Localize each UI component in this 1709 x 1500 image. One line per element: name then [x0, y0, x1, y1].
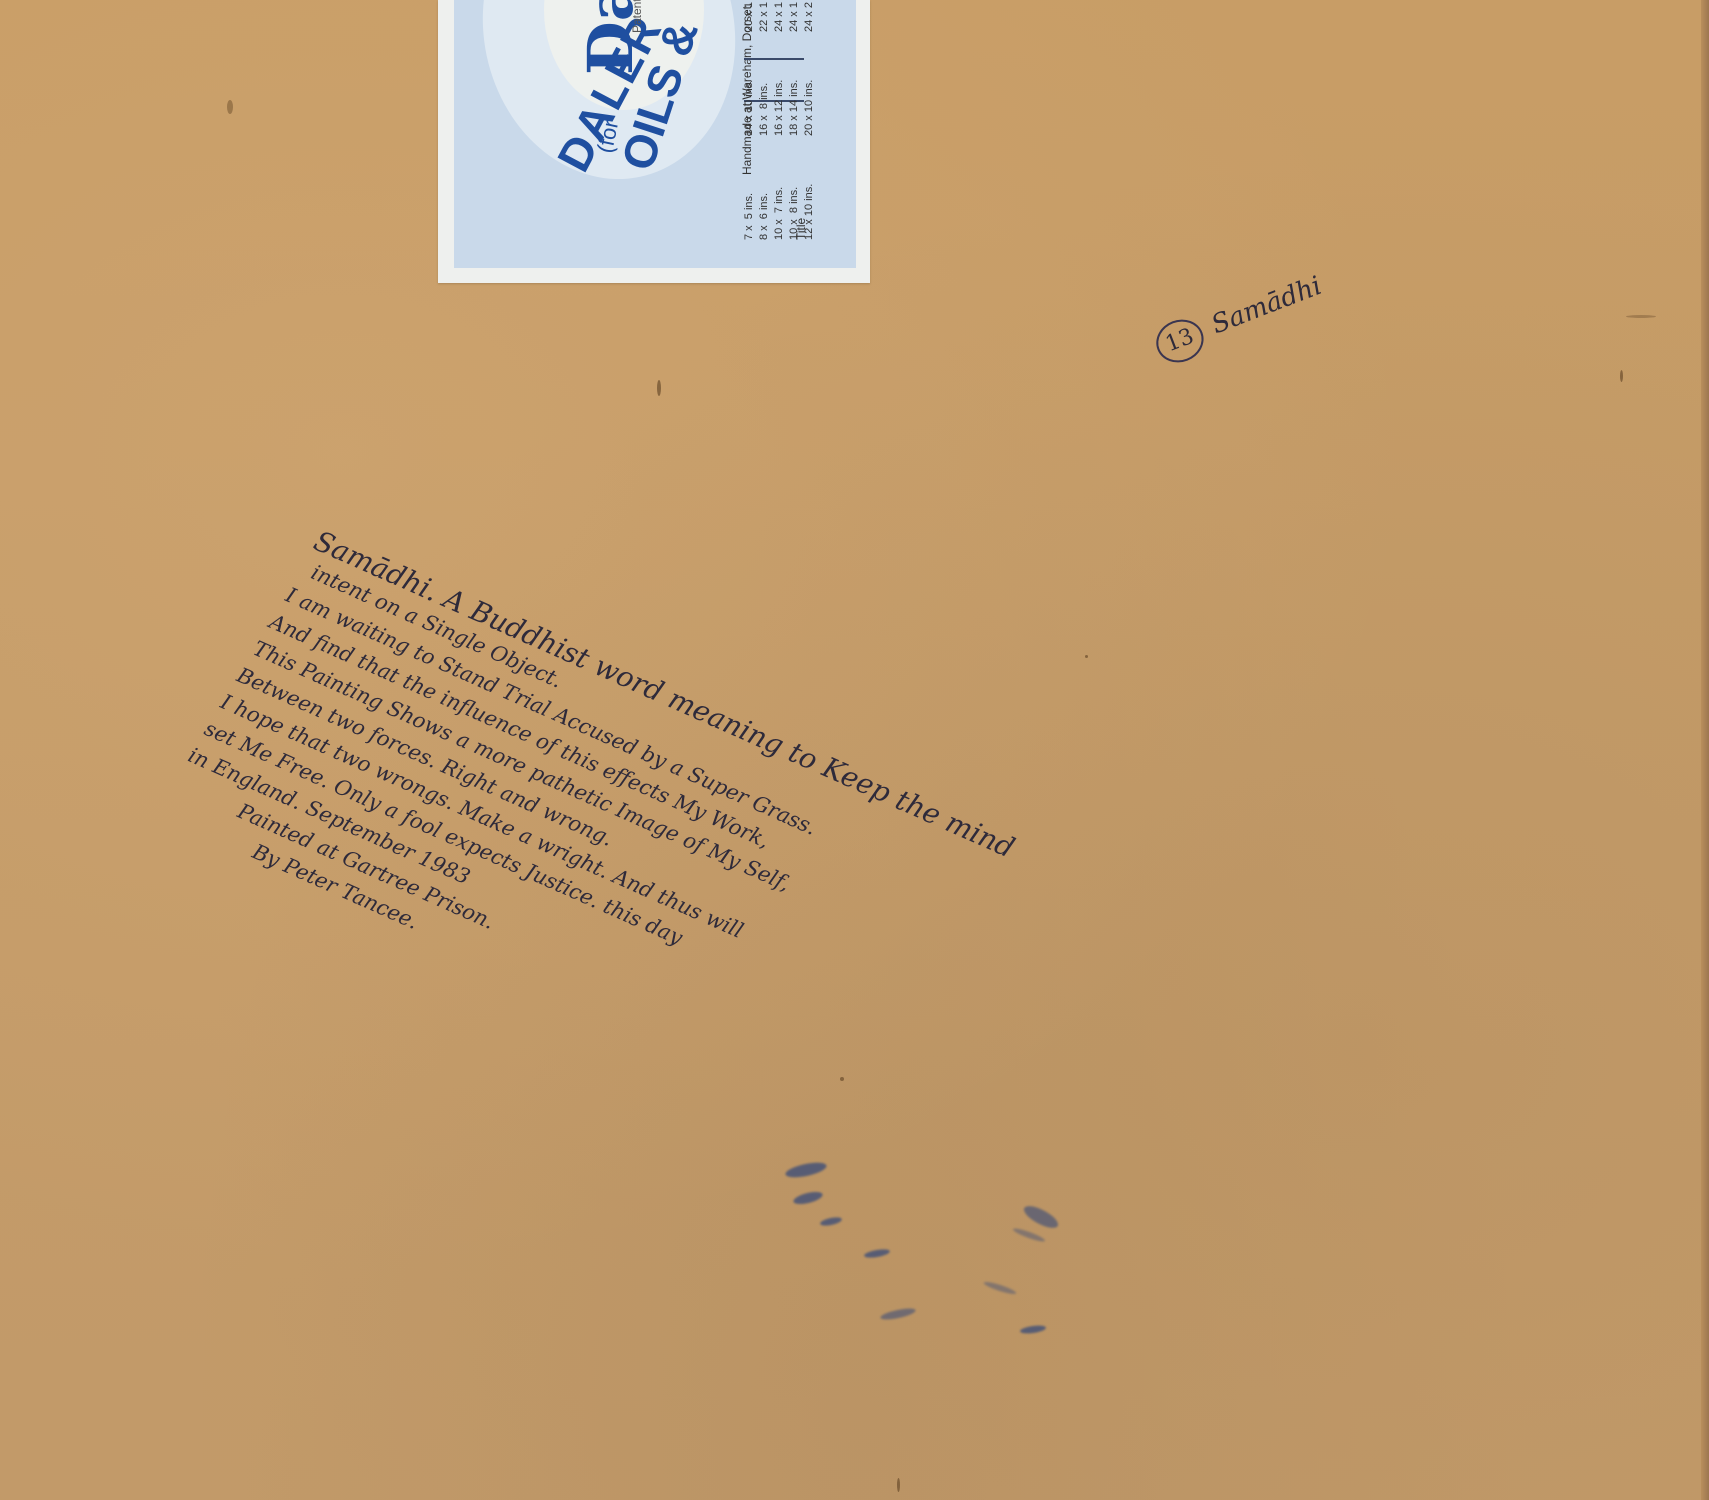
board-speck — [1085, 655, 1088, 658]
size-entry: 20 x 1 — [742, 2, 757, 32]
size-entry: 14 x 10 ins. — [742, 80, 757, 136]
size-entry: 7 x 5 ins. — [742, 184, 757, 240]
board-speck — [840, 1077, 844, 1081]
size-entry: 16 x 12 ins. — [772, 80, 787, 136]
sizes-column-2: 14 x 10 ins. 16 x 8 ins. 16 x 12 ins. 18… — [742, 80, 817, 136]
size-entry: 24 x 1 — [787, 2, 802, 32]
size-entry: 16 x 8 ins. — [757, 80, 772, 136]
board-mark — [1620, 370, 1623, 382]
size-entry: 24 x 1 — [772, 2, 787, 32]
board-mark — [1626, 315, 1656, 318]
separator — [744, 58, 804, 60]
size-entry: 18 x 14 ins. — [787, 80, 802, 136]
patent-text: Patent — [630, 0, 644, 33]
daler-board-label: DALER (for OILS & Da Patent Handmade at … — [438, 0, 870, 283]
board-edge — [1701, 0, 1709, 1500]
size-entry: 20 x 10 ins. — [802, 80, 817, 136]
size-entry: 10 x 7 ins. — [772, 184, 787, 240]
size-entry: 22 x 1 — [757, 2, 772, 32]
title-field-label: Title — [794, 218, 808, 240]
board-mark — [227, 100, 233, 114]
size-entry: 8 x 6 ins. — [757, 184, 772, 240]
board-mark — [657, 380, 661, 396]
sizes-column-3: 20 x 1 22 x 1 24 x 1 24 x 1 24 x 2 — [742, 2, 817, 32]
size-entry: 24 x 2 — [802, 2, 817, 32]
board-mark — [897, 1478, 900, 1492]
label-panel: DALER (for OILS & Da Patent Handmade at … — [454, 0, 856, 268]
